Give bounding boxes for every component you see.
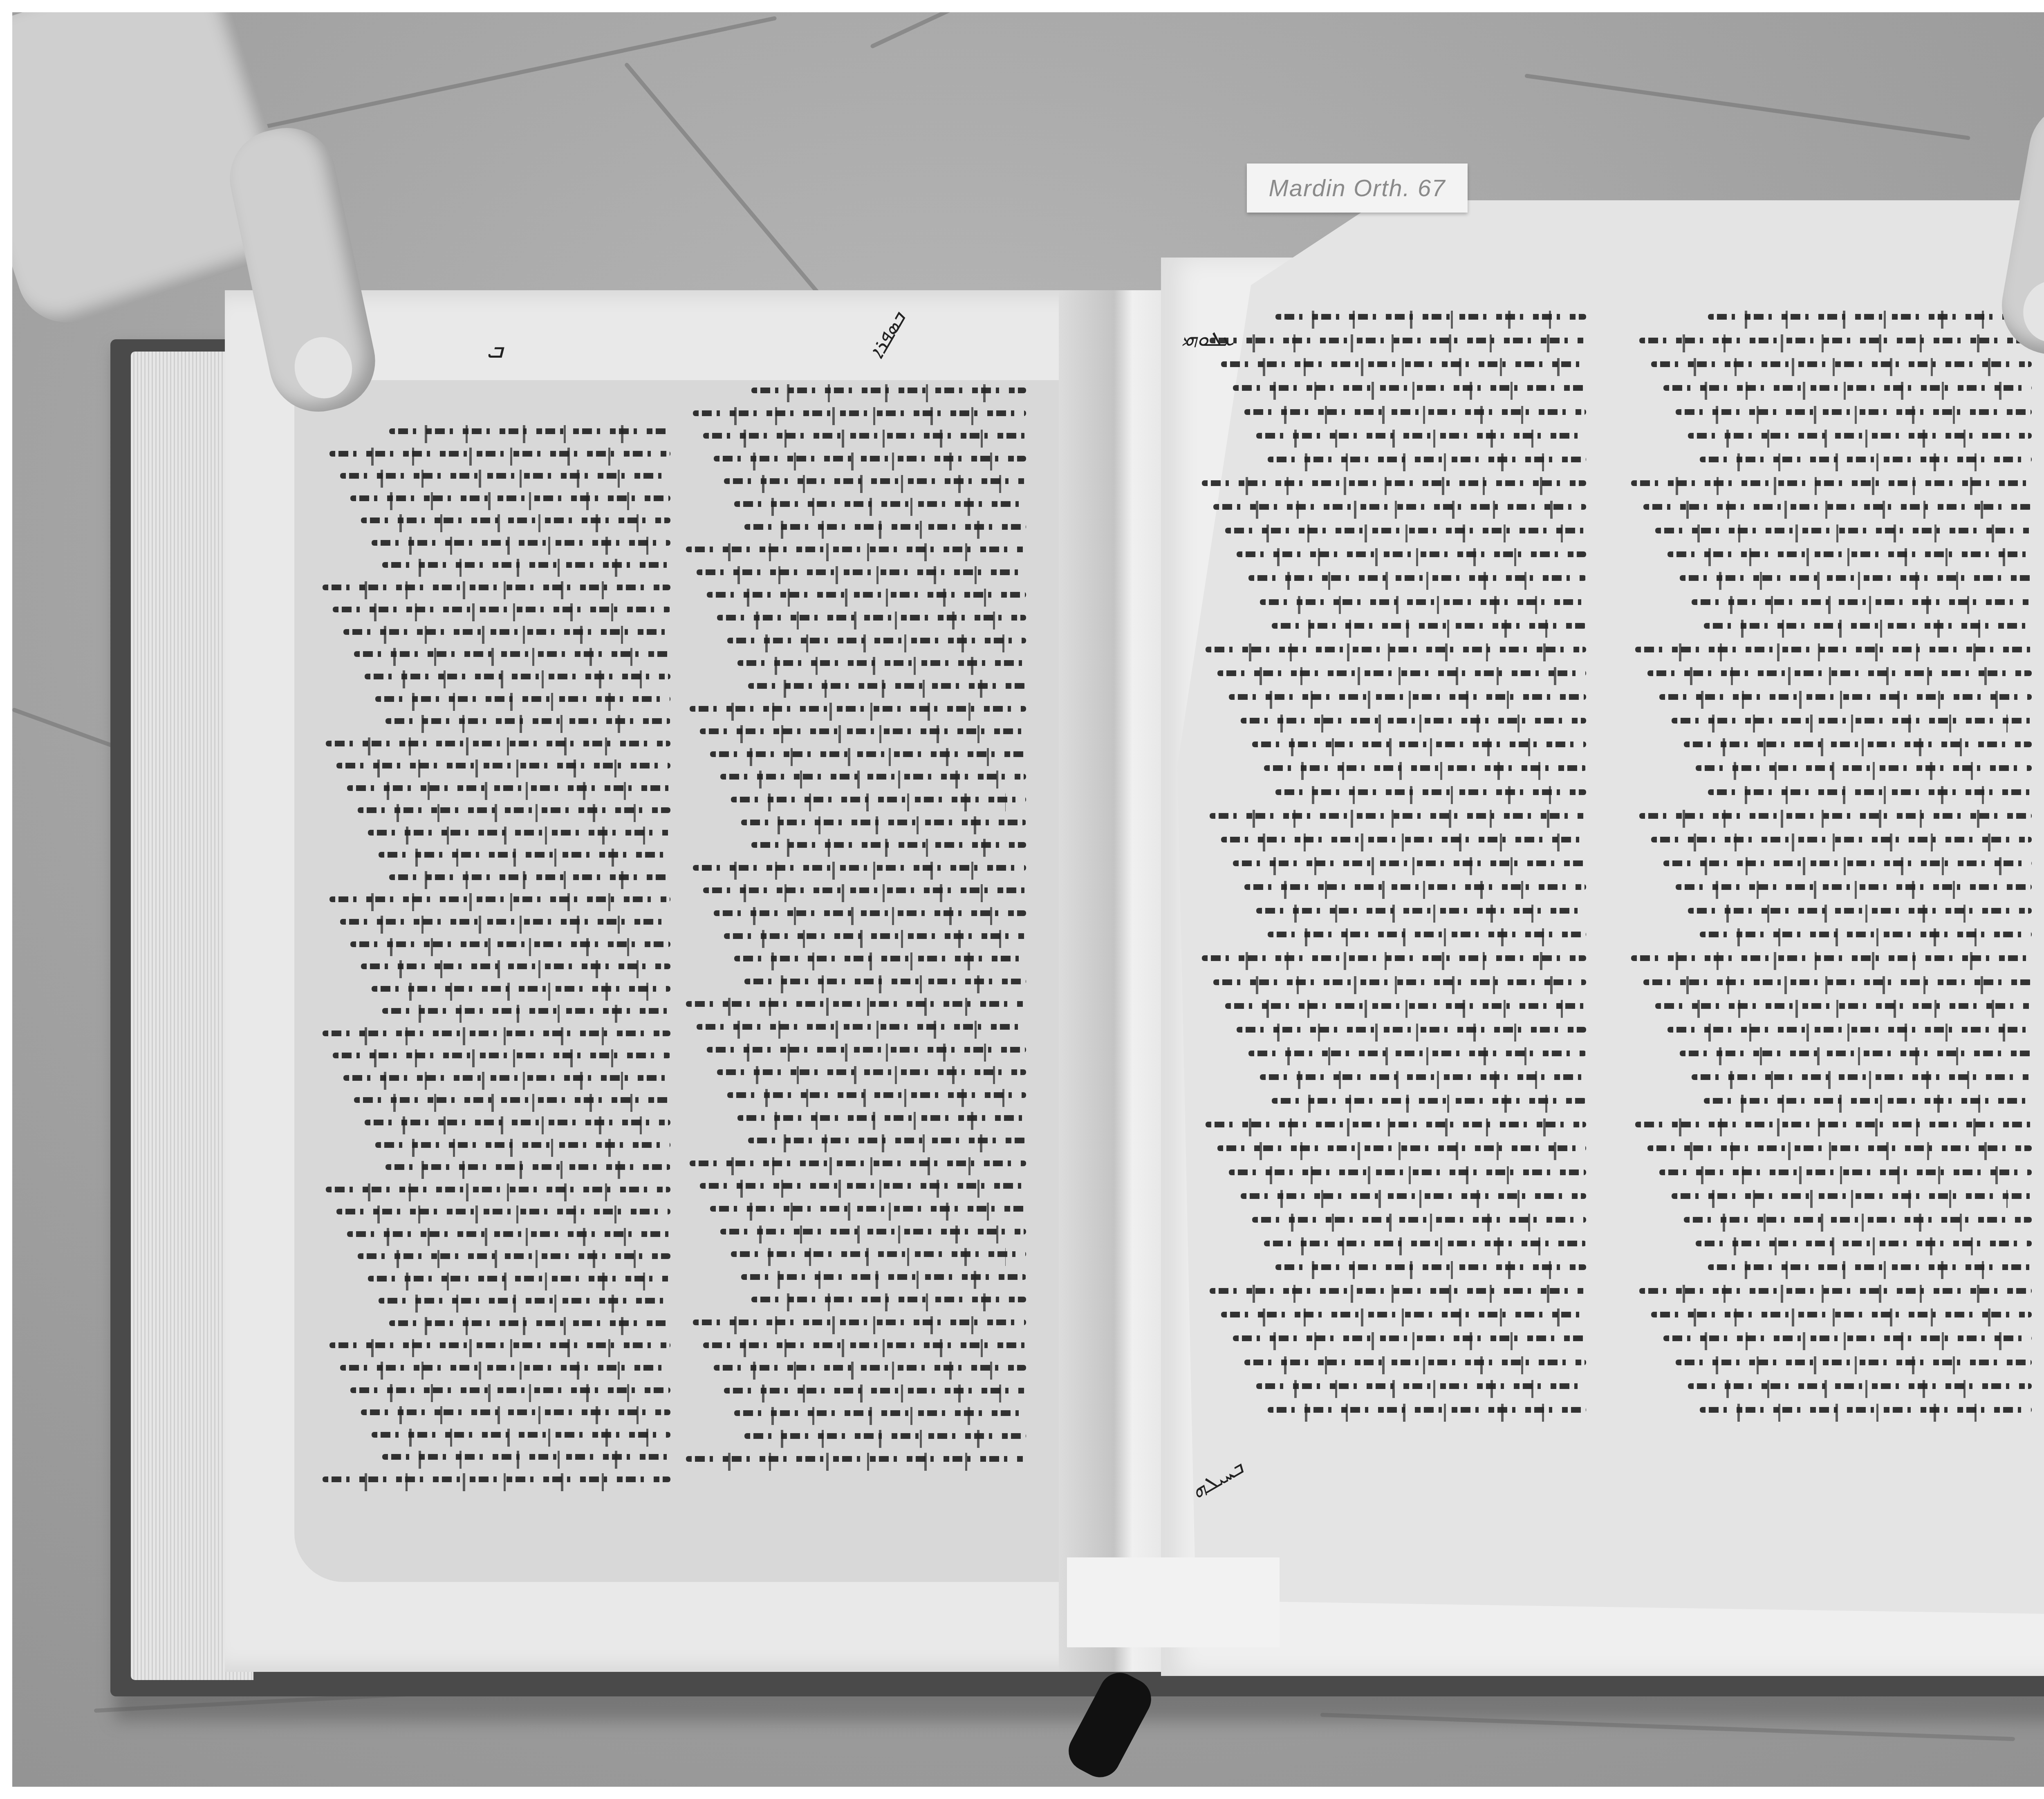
manuscript-text-line	[1627, 334, 2032, 345]
manuscript-text-line	[1627, 810, 2032, 820]
manuscript-text-line	[319, 1116, 670, 1127]
manuscript-text-line	[683, 680, 1026, 690]
manuscript-text-line	[1627, 1285, 2032, 1295]
manuscript-text-line	[319, 759, 670, 770]
manuscript-text-line	[319, 1384, 670, 1395]
manuscript-text-line	[319, 983, 670, 993]
thumbnail	[2018, 276, 2044, 347]
manuscript-text-line	[683, 975, 1026, 986]
manuscript-text-line	[683, 1407, 1026, 1418]
manuscript-text-line	[683, 1453, 1026, 1463]
manuscript-text-line	[1198, 501, 1586, 511]
manuscript-text-line	[683, 1293, 1026, 1304]
manuscript-text-line	[1198, 1095, 1586, 1105]
manuscript-text-line	[1627, 1047, 2032, 1058]
manuscript-text-line	[1627, 643, 2032, 654]
manuscript-text-line	[1627, 928, 2032, 939]
manuscript-text-line	[683, 612, 1026, 622]
manuscript-text-line	[319, 648, 670, 659]
manuscript-text-line	[319, 693, 670, 703]
manuscript-text-line	[1627, 572, 2032, 582]
manuscript-text-line	[683, 543, 1026, 554]
manuscript-text-line	[319, 1027, 670, 1038]
manuscript-text-line	[319, 916, 670, 926]
manuscript-text-line	[1627, 311, 2032, 321]
manuscript-text-line	[319, 514, 670, 525]
manuscript-text-line	[319, 1339, 670, 1350]
manuscript-text-line	[1627, 524, 2032, 535]
folio-mark: ܒ	[486, 335, 503, 364]
manuscript-text-line	[683, 1021, 1026, 1031]
manuscript-text-line	[319, 670, 670, 681]
manuscript-text-line	[683, 1112, 1026, 1122]
manuscript-text-line	[683, 475, 1026, 486]
manuscript-text-line	[683, 1362, 1026, 1372]
manuscript-text-line	[1627, 596, 2032, 607]
manuscript-text-line	[319, 1273, 670, 1283]
manuscript-text-line	[319, 960, 670, 971]
manuscript-text-line	[683, 816, 1026, 827]
manuscript-text-line	[319, 715, 670, 726]
floor-crack	[1524, 74, 1970, 140]
manuscript-text-line	[319, 1250, 670, 1261]
manuscript-text-line	[1198, 786, 1586, 797]
manuscript-text-line	[1627, 1356, 2032, 1367]
manuscript-text-line	[1198, 715, 1586, 725]
manuscript-text-line	[319, 1005, 670, 1015]
manuscript-text-line	[1198, 643, 1586, 654]
manuscript-text-line	[1198, 311, 1586, 321]
thumbnail	[289, 332, 358, 404]
manuscript-text-line	[683, 407, 1026, 418]
manuscript-text-line	[1627, 1024, 2032, 1034]
manuscript-text-line	[1198, 738, 1586, 749]
manuscript-text-line	[1627, 1332, 2032, 1343]
manuscript-text-line	[1627, 691, 2032, 701]
manuscript-text-line	[683, 589, 1026, 599]
manuscript-text-line	[1198, 691, 1586, 701]
manuscript-text-line	[683, 703, 1026, 713]
manuscript-text-line	[319, 782, 670, 793]
manuscript-text-line	[1198, 524, 1586, 535]
manuscript-text-line	[683, 657, 1026, 668]
manuscript-text-line	[683, 930, 1026, 941]
manuscript-text-line	[1198, 477, 1586, 488]
manuscript-text-line	[1627, 1190, 2032, 1201]
manuscript-text-line	[319, 1161, 670, 1172]
manuscript-text-line	[1198, 1190, 1586, 1201]
manuscript-text-line	[683, 862, 1026, 872]
manuscript-text-line	[683, 725, 1026, 736]
manuscript-text-line	[1198, 976, 1586, 987]
manuscript-text-line	[1198, 596, 1586, 607]
manuscript-text-line	[1627, 1308, 2032, 1319]
manuscript-text-line	[683, 839, 1026, 849]
manuscript-text-line	[1627, 952, 2032, 963]
manuscript-text-line	[683, 1430, 1026, 1441]
manuscript-text-line	[1198, 667, 1586, 678]
manuscript-text-line	[1627, 1071, 2032, 1082]
manuscript-text-line	[1198, 620, 1586, 630]
manuscript-text-line	[319, 1429, 670, 1439]
floor-crack	[870, 12, 1168, 49]
manuscript-text-line	[319, 1183, 670, 1194]
manuscript-text-line	[1198, 358, 1586, 369]
manuscript-text-line	[683, 566, 1026, 577]
manuscript-text-line	[1198, 833, 1586, 844]
manuscript-text-line	[1198, 1142, 1586, 1153]
manuscript-text-line	[319, 1072, 670, 1082]
manuscript-text-line	[683, 1157, 1026, 1168]
manuscript-text-line	[1198, 572, 1586, 582]
manuscript-text-line	[1627, 976, 2032, 987]
manuscript-text-line	[319, 893, 670, 904]
manuscript-text-line	[1198, 1356, 1586, 1367]
manuscript-text-line	[1627, 833, 2032, 844]
manuscript-text-line	[1627, 1261, 2032, 1272]
shelfmark-label: Mardin Orth. 67	[1247, 164, 1468, 213]
manuscript-text-line	[1198, 1332, 1586, 1343]
manuscript-text-line	[1198, 1308, 1586, 1319]
manuscript-text-line	[1627, 1000, 2032, 1010]
manuscript-text-line	[683, 1385, 1026, 1395]
manuscript-text-line	[1198, 1071, 1586, 1082]
manuscript-text-line	[319, 804, 670, 815]
manuscript-text-line	[1627, 762, 2032, 773]
photo-frame: ܒ ܒܣܦܪܐ ܥܠܘܗܝ ܒܚܝܠܗ Mardin Orth. 67	[12, 12, 2044, 1787]
manuscript-text-line	[319, 559, 670, 569]
manuscript-text-line	[1198, 453, 1586, 464]
manuscript-text-line	[319, 1205, 670, 1216]
manuscript-text-line	[1627, 667, 2032, 678]
manuscript-text-line	[319, 1406, 670, 1417]
manuscript-text-line	[1627, 1237, 2032, 1248]
manuscript-text-line	[683, 907, 1026, 918]
manuscript-text-line	[683, 1339, 1026, 1350]
manuscript-text-line	[1198, 430, 1586, 440]
manuscript-text-line	[683, 771, 1026, 781]
manuscript-text-line	[1627, 1142, 2032, 1153]
manuscript-text-line	[1198, 1118, 1586, 1129]
manuscript-text-line	[1198, 1404, 1586, 1414]
manuscript-text-line	[683, 1089, 1026, 1100]
manuscript-text-line	[1627, 1380, 2032, 1391]
manuscript-text-line	[683, 748, 1026, 759]
manuscript-text-line	[683, 384, 1026, 395]
manuscript-text-line	[1198, 548, 1586, 559]
manuscript-text-line	[319, 871, 670, 882]
manuscript-text-line	[1627, 406, 2032, 417]
manuscript-text-line	[1198, 382, 1586, 392]
manuscript-text-line	[683, 1225, 1026, 1236]
manuscript-text-line	[319, 537, 670, 547]
manuscript-text-line	[1198, 952, 1586, 963]
manuscript-text-line	[1627, 1095, 2032, 1105]
manuscript-text-line	[319, 1295, 670, 1305]
manuscript-text-line	[319, 1049, 670, 1060]
manuscript-text-line	[1198, 1237, 1586, 1248]
marginal-note-right-top: ܥܠܘܗܝ	[1181, 327, 1234, 351]
manuscript-text-line	[683, 884, 1026, 895]
shelfmark-text: Mardin Orth. 67	[1269, 175, 1446, 202]
manuscript-text-line	[683, 998, 1026, 1008]
manuscript-text-line	[1627, 1118, 2032, 1129]
manuscript-text-line	[1198, 1166, 1586, 1177]
manuscript-text-line	[1198, 905, 1586, 915]
manuscript-text-line	[1627, 1404, 2032, 1414]
manuscript-text-line	[1627, 1214, 2032, 1224]
manuscript-text-line	[683, 521, 1026, 531]
manuscript-text-line	[1198, 1024, 1586, 1034]
manuscript-text-line	[683, 1248, 1026, 1259]
manuscript-text-line	[319, 581, 670, 592]
manuscript-text-line	[319, 1473, 670, 1484]
manuscript-text-line	[1198, 1000, 1586, 1010]
manuscript-text-line	[1627, 715, 2032, 725]
manuscript-text-line	[1198, 857, 1586, 868]
manuscript-text-line	[683, 430, 1026, 440]
manuscript-text-line	[319, 849, 670, 859]
manuscript-text-line	[319, 425, 670, 436]
manuscript-text-line	[1627, 738, 2032, 749]
floor-crack	[12, 707, 121, 750]
manuscript-text-line	[1627, 905, 2032, 915]
repair-strip	[1067, 1557, 1280, 1647]
manuscript-text-line	[1627, 358, 2032, 369]
manuscript-text-line	[683, 793, 1026, 804]
manuscript-text-line	[1627, 786, 2032, 797]
manuscript-text-line	[683, 1180, 1026, 1190]
manuscript-text-line	[683, 1134, 1026, 1145]
manuscript-text-line	[1627, 430, 2032, 440]
manuscript-text-line	[319, 938, 670, 949]
manuscript-text-line	[319, 737, 670, 748]
manuscript-text-line	[683, 1066, 1026, 1077]
manuscript-text-line	[1627, 1166, 2032, 1177]
manuscript-text-line	[1198, 406, 1586, 417]
manuscript-text-line	[319, 1362, 670, 1372]
manuscript-text-line	[319, 1317, 670, 1328]
manuscript-text-line	[1198, 1214, 1586, 1224]
manuscript-text-line	[319, 448, 670, 458]
manuscript-text-line	[1198, 928, 1586, 939]
manuscript-text-line	[319, 1451, 670, 1461]
manuscript-text-line	[1627, 453, 2032, 464]
manuscript-text-line	[683, 952, 1026, 963]
manuscript-text-line	[1627, 501, 2032, 511]
manuscript-text-line	[683, 1271, 1026, 1281]
manuscript-text-line	[1627, 620, 2032, 630]
manuscript-text-line	[1198, 1047, 1586, 1058]
manuscript-text-line	[1198, 1380, 1586, 1391]
manuscript-text-line	[319, 1094, 670, 1104]
text-column-2	[683, 384, 1026, 1463]
manuscript-text-line	[319, 626, 670, 636]
manuscript-text-line	[683, 1203, 1026, 1213]
manuscript-text-line	[1627, 857, 2032, 868]
manuscript-text-line	[1198, 762, 1586, 773]
manuscript-text-line	[319, 603, 670, 614]
manuscript-text-line	[1627, 881, 2032, 892]
manuscript-text-line	[1627, 548, 2032, 559]
manuscript-text-line	[1627, 382, 2032, 392]
manuscript-text-line	[319, 1139, 670, 1149]
text-column-4	[1627, 311, 2032, 1414]
manuscript-text-line	[683, 1044, 1026, 1054]
manuscript-text-line	[683, 498, 1026, 509]
manuscript-text-line	[319, 1228, 670, 1239]
manuscript-text-line	[683, 1316, 1026, 1327]
manuscript-text-line	[319, 470, 670, 480]
manuscript-text-line	[1198, 334, 1586, 345]
manuscript-text-line	[683, 453, 1026, 463]
floor-crack	[216, 16, 777, 139]
manuscript-text-line	[319, 827, 670, 837]
text-column-3	[1198, 311, 1586, 1414]
manuscript-text-line	[1198, 1285, 1586, 1295]
manuscript-text-line	[319, 492, 670, 503]
manuscript-text-line	[1627, 477, 2032, 488]
text-column-1	[319, 425, 670, 1484]
manuscript-text-line	[683, 634, 1026, 645]
manuscript-text-line	[1198, 810, 1586, 820]
manuscript-text-line	[1198, 881, 1586, 892]
manuscript-text-line	[1198, 1261, 1586, 1272]
